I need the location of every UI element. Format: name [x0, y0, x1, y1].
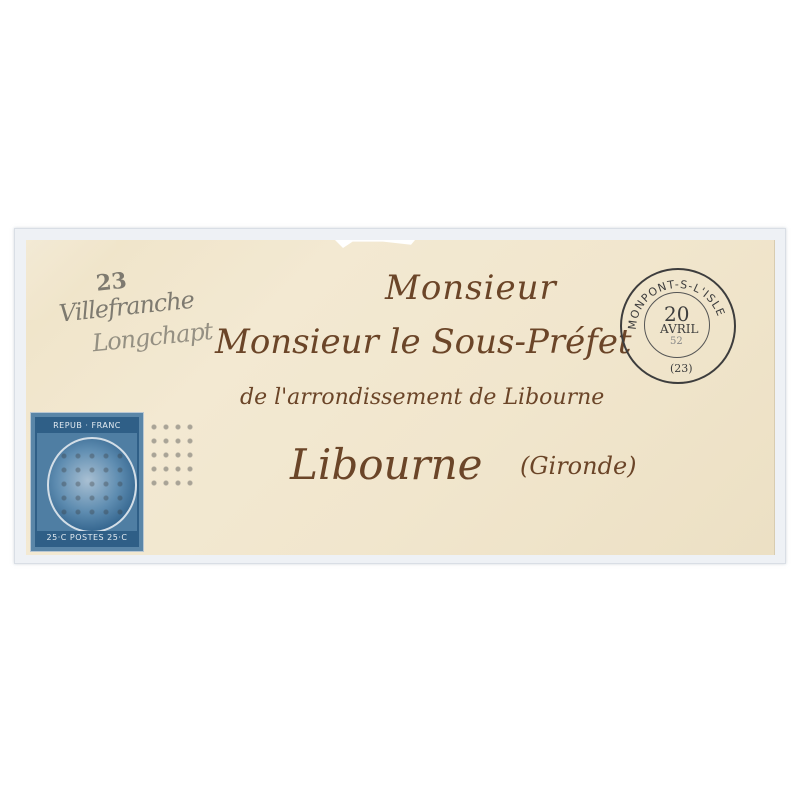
lozenge-cancel-overflow	[148, 420, 198, 490]
postmark-year: 52	[670, 336, 683, 347]
postmark-month: AVRIL	[660, 322, 698, 336]
date-postmark: MONPONT-S-L'ISLE 20 AVRIL 52 (23)	[620, 268, 736, 384]
address-line-3: de l'arrondissement de Libourne	[240, 385, 604, 410]
address-line-1: Monsieur	[385, 268, 557, 308]
address-line-4: Libourne	[290, 440, 483, 489]
stamp-top-text: REPUB · FRANC	[37, 419, 137, 433]
postmark-department: (23)	[670, 362, 693, 375]
postage-stamp: REPUB · FRANC 25·C POSTES 25·C	[30, 412, 144, 552]
address-line-5: (Gironde)	[520, 452, 637, 480]
stamp-bottom-text: 25·C POSTES 25·C	[37, 531, 137, 545]
stamp-cancel	[57, 449, 127, 519]
address-line-2: Monsieur le Sous-Préfet	[215, 322, 632, 362]
stamp-frame: REPUB · FRANC 25·C POSTES 25·C	[35, 417, 139, 547]
